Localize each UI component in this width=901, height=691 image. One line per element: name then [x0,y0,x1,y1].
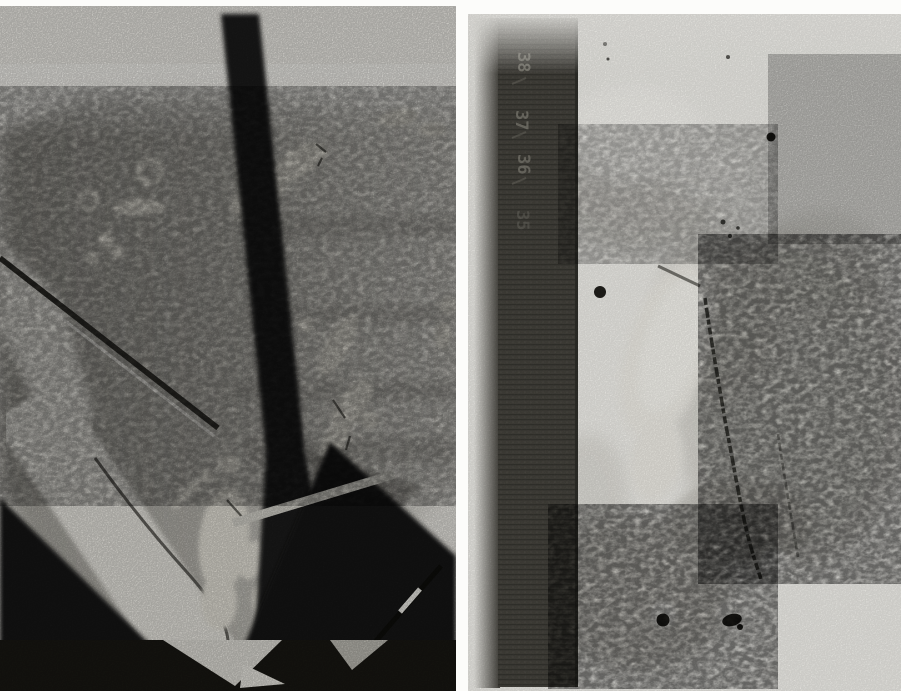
right-grain-texture-4 [768,54,901,244]
trackway-photo-canvas [0,6,456,691]
right-grain-texture-3 [558,124,778,264]
left-grain-coarse [0,86,456,506]
footprint-closeup-photograph: 38 37 36 35 [468,14,901,691]
right-grain-texture-2 [548,504,778,689]
trackway-photograph [0,6,456,691]
scanned-figure-page: 38 37 36 35 [0,0,901,691]
footprint-photo-canvas: 38 37 36 35 [468,14,901,691]
